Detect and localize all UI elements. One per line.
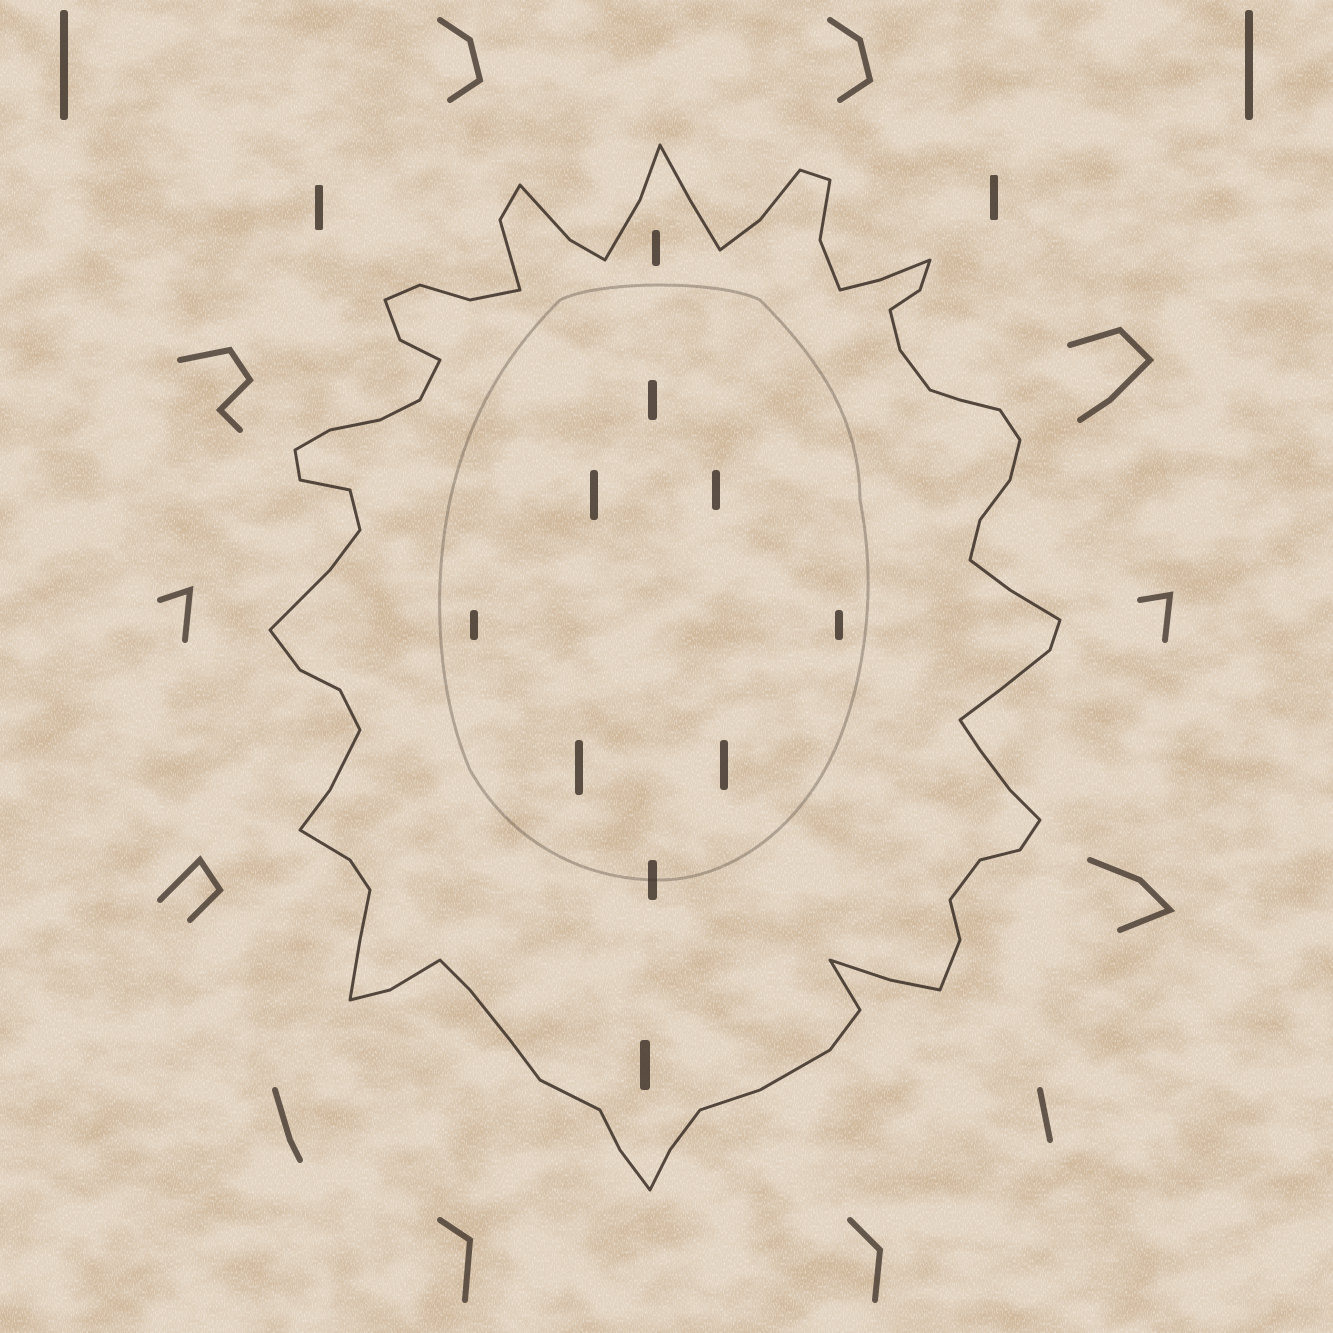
rug-pattern xyxy=(0,0,1333,1333)
rug-photo xyxy=(0,0,1333,1333)
rug-weave-texture xyxy=(0,0,1333,1333)
